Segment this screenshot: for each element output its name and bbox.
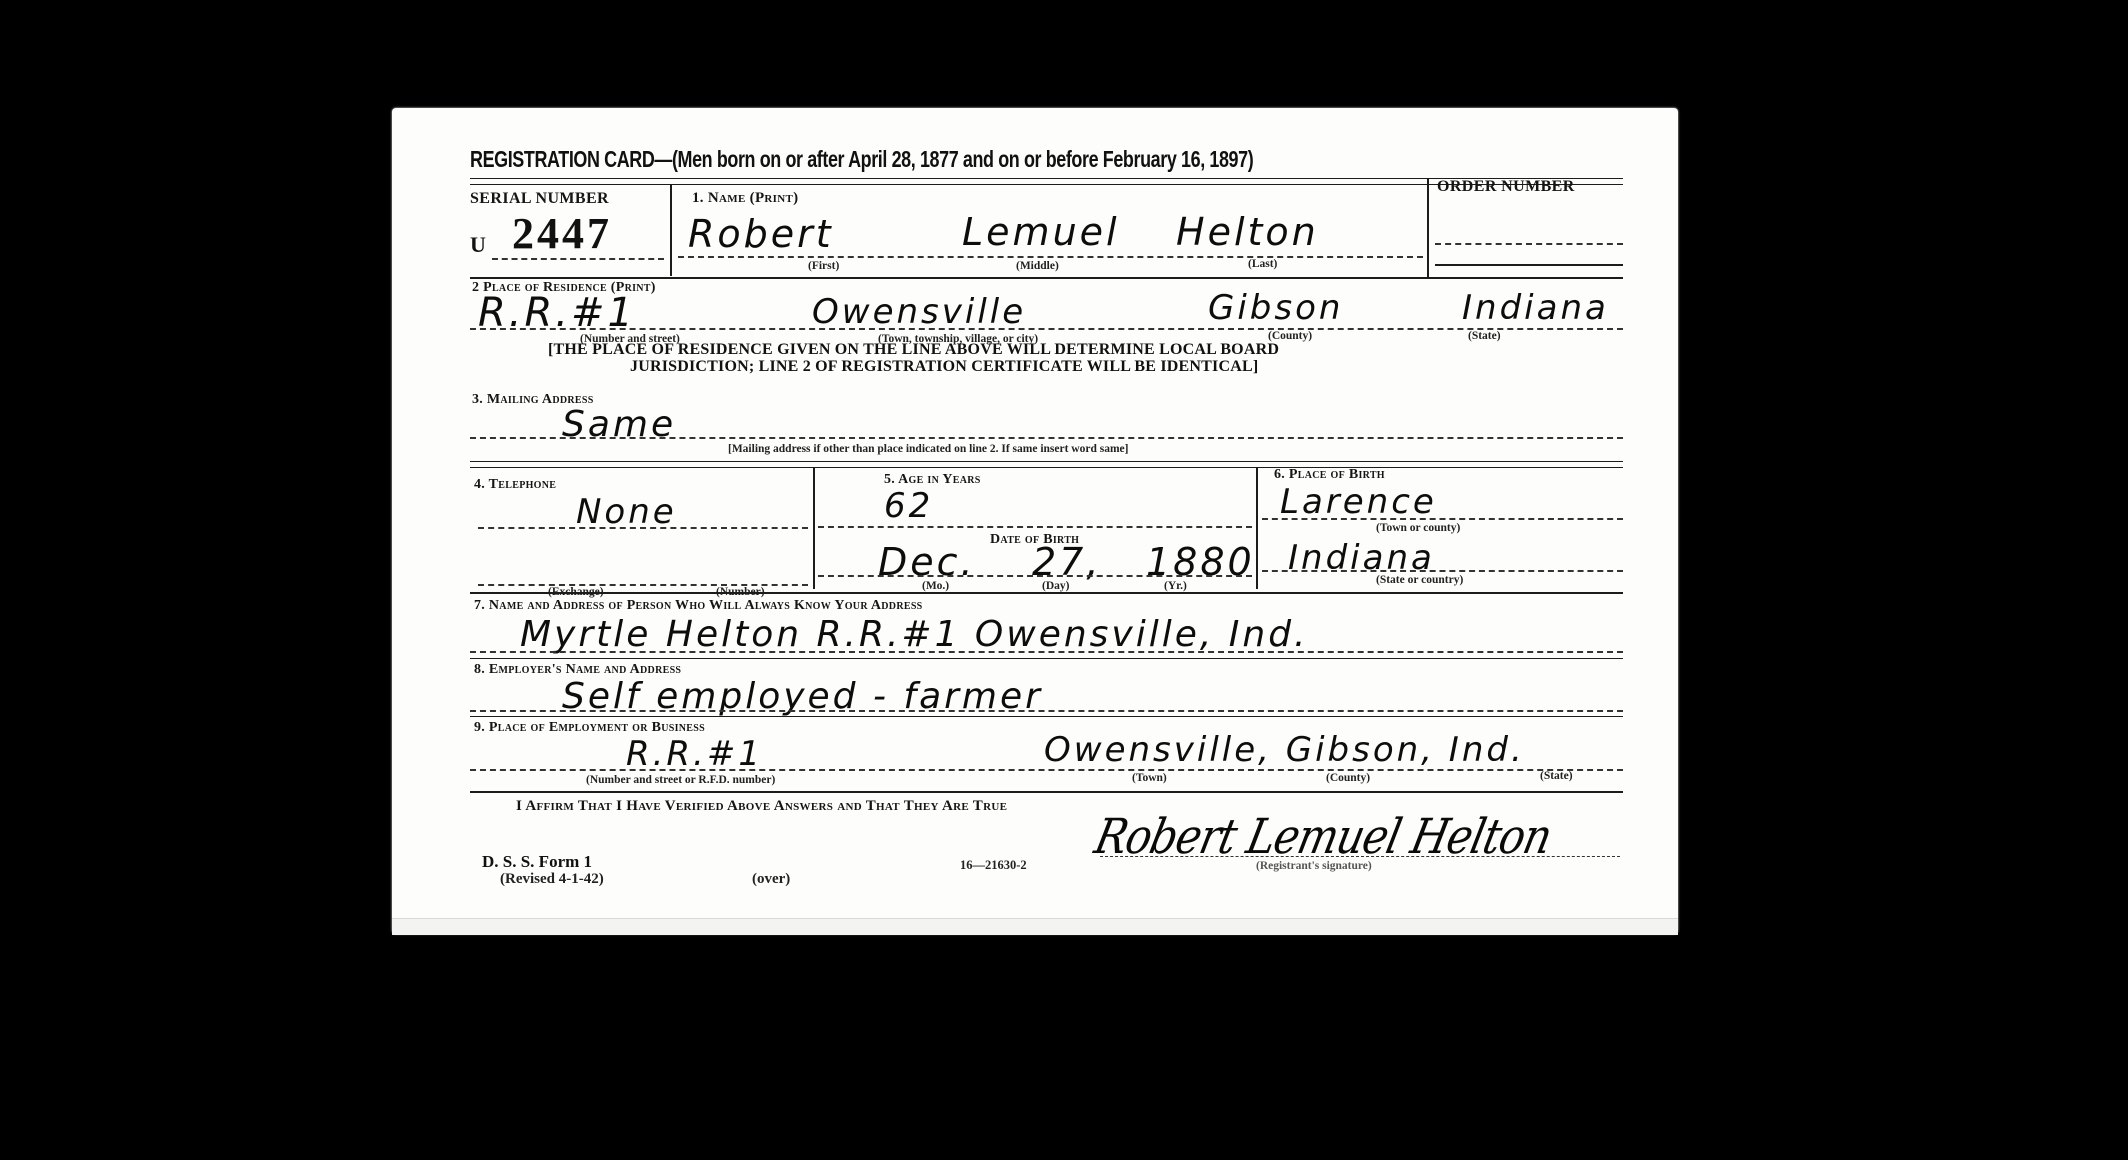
serial-prefix: U	[470, 232, 486, 258]
telephone-dash-1	[478, 527, 808, 529]
residence-notice-line1: [THE PLACE OF RESIDENCE GIVEN ON THE LIN…	[548, 341, 1279, 359]
affirmation-text: I Affirm That I Have Verified Above Answ…	[516, 798, 1007, 815]
birthplace-divider	[1256, 467, 1258, 589]
employment-town-sublabel: (Town)	[1132, 772, 1167, 784]
telephone-value: None	[576, 492, 677, 532]
residence-dash-line	[470, 328, 1623, 330]
serial-number-value: 2447	[512, 208, 612, 259]
order-number-line	[1435, 264, 1623, 266]
telephone-divider	[813, 467, 815, 589]
employer-dash-line	[470, 710, 1623, 712]
birthplace-state: Indiana	[1288, 538, 1435, 578]
serial-dash-line	[492, 258, 664, 260]
contact-label: 7. Name and Address of Person Who Will A…	[474, 598, 923, 614]
row3-bottom-rule-2	[470, 467, 1623, 468]
birthplace-label: 6. Place of Birth	[1274, 467, 1385, 483]
residence-notice-line2: JURISDICTION; LINE 2 OF REGISTRATION CER…	[630, 358, 1258, 376]
row1-bottom-rule	[470, 277, 1623, 279]
employment-town-county-state: Owensville, Gibson, Ind.	[1044, 730, 1525, 770]
order-divider	[1427, 178, 1429, 278]
birthplace-town: Larence	[1280, 482, 1437, 522]
telephone-label: 4. Telephone	[474, 477, 556, 493]
last-sublabel: (Last)	[1248, 258, 1277, 270]
year-sublabel: (Yr.)	[1164, 580, 1187, 592]
row3-bottom-rule	[470, 461, 1623, 462]
signature-dash-line	[1100, 856, 1620, 857]
residence-county: Gibson	[1208, 288, 1343, 328]
form-revised: (Revised 4-1-42)	[500, 871, 604, 888]
name-label: 1. Name (Print)	[692, 190, 798, 207]
signature-sublabel: (Registrant's signature)	[1256, 860, 1372, 872]
employment-county-sublabel: (County)	[1326, 772, 1370, 784]
residence-state: Indiana	[1462, 288, 1609, 328]
middle-sublabel: (Middle)	[1016, 260, 1059, 272]
birthplace-town-dash	[1262, 518, 1623, 520]
birthplace-state-sublabel: (State or country)	[1376, 574, 1463, 586]
serial-number-label: SERIAL NUMBER	[470, 190, 609, 208]
birthplace-town-sublabel: (Town or county)	[1376, 522, 1460, 534]
name-middle: Lemuel	[962, 210, 1120, 254]
form-number: D. S. S. Form 1	[482, 852, 592, 872]
first-sublabel: (First)	[808, 260, 839, 272]
age-dash-line	[818, 526, 1252, 528]
dob-year: 1880	[1146, 540, 1255, 584]
row7-bottom-rule	[470, 658, 1623, 659]
dob-dash-line	[818, 575, 1252, 577]
employment-street-sublabel: (Number and street or R.F.D. number)	[586, 774, 775, 786]
contact-value: Myrtle Helton R.R.#1 Owensville, Ind.	[520, 614, 1309, 655]
name-first: Robert	[688, 212, 834, 256]
dob-month: Dec.	[878, 540, 976, 584]
order-number-label: ORDER NUMBER	[1437, 178, 1575, 196]
mailing-dash-line	[470, 437, 1623, 439]
name-dash-line	[678, 256, 1423, 258]
card-title: REGISTRATION CARD—(Men born on or after …	[470, 146, 1253, 173]
dob-day: 27,	[1032, 540, 1101, 584]
birthplace-state-dash	[1262, 570, 1623, 572]
state-sublabel: (State)	[1468, 330, 1501, 342]
contact-dash-line	[470, 651, 1623, 653]
day-sublabel: (Day)	[1042, 580, 1069, 592]
row8-bottom-rule	[470, 716, 1623, 717]
print-code: 16—21630-2	[960, 858, 1027, 873]
age-value: 62	[884, 486, 933, 526]
over-note: (over)	[752, 871, 790, 888]
row6-bottom-rule	[470, 592, 1623, 594]
order-number-dash	[1435, 243, 1623, 245]
serial-divider	[670, 184, 672, 276]
mailing-note: [Mailing address if other than place ind…	[728, 443, 1128, 455]
card-bottom-edge	[392, 918, 1678, 935]
employment-street: R.R.#1	[626, 734, 763, 774]
month-sublabel: (Mo.)	[922, 580, 949, 592]
residence-town: Owensville	[812, 292, 1026, 332]
employment-state-sublabel: (State)	[1540, 770, 1573, 782]
name-last: Helton	[1176, 210, 1319, 254]
employment-dash-line	[470, 769, 1623, 771]
row9-bottom-rule	[470, 791, 1623, 793]
